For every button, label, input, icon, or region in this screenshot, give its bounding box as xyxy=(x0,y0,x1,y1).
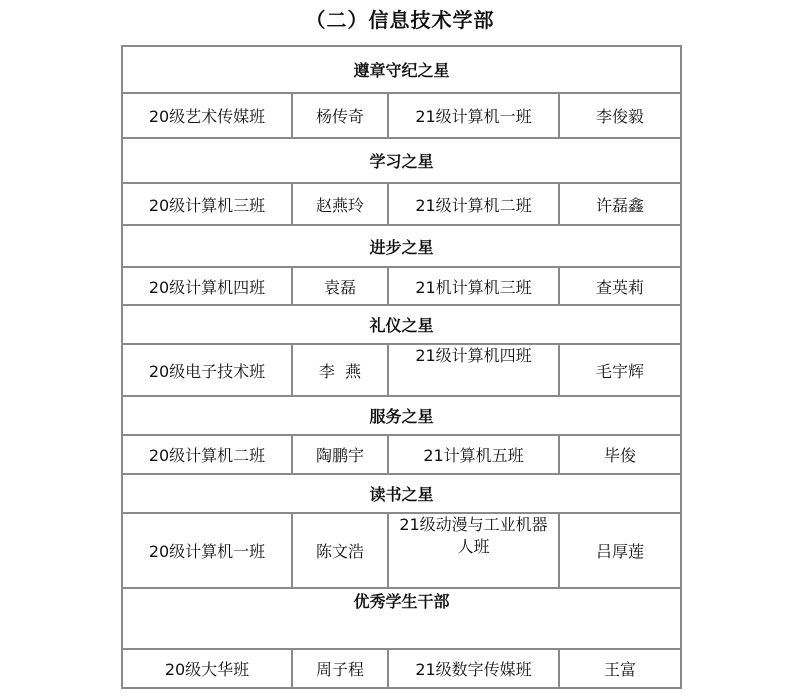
class-cell: 21机计算机三班 xyxy=(388,267,559,305)
class-cell: 21级计算机四班 xyxy=(388,344,559,396)
class-cell: 21级数字传媒班 xyxy=(388,649,559,688)
table-row: 20级计算机四班 袁磊 21机计算机三班 查英莉 xyxy=(122,267,681,305)
category-row: 服务之星 xyxy=(122,396,681,435)
student-name-cell: 赵燕玲 xyxy=(292,183,388,225)
student-name-cell: 李 燕 xyxy=(292,344,388,396)
category-label: 学习之星 xyxy=(122,138,681,183)
student-name-cell: 王富 xyxy=(559,649,681,688)
class-cell: 21级动漫与工业机器人班 xyxy=(388,513,559,588)
table-row: 20级计算机三班 赵燕玲 21级计算机二班 许磊鑫 xyxy=(122,183,681,225)
category-row: 读书之星 xyxy=(122,474,681,513)
student-name-cell: 查英莉 xyxy=(559,267,681,305)
category-row: 遵章守纪之星 xyxy=(122,46,681,93)
student-name-cell: 许磊鑫 xyxy=(559,183,681,225)
category-label: 服务之星 xyxy=(122,396,681,435)
student-name-cell: 周子程 xyxy=(292,649,388,688)
student-name-cell: 袁磊 xyxy=(292,267,388,305)
table-row: 20级电子技术班 李 燕 21级计算机四班 毛宇辉 xyxy=(122,344,681,396)
category-label: 礼仪之星 xyxy=(122,305,681,344)
table-row: 20级大华班 周子程 21级数字传媒班 王富 xyxy=(122,649,681,688)
category-row: 礼仪之星 xyxy=(122,305,681,344)
student-name-cell: 杨传奇 xyxy=(292,93,388,138)
page-title: （二）信息技术学部 xyxy=(0,6,800,34)
student-name-cell: 李俊毅 xyxy=(559,93,681,138)
category-label: 读书之星 xyxy=(122,474,681,513)
student-name-cell: 毕俊 xyxy=(559,435,681,474)
awards-table: 遵章守纪之星 20级艺术传媒班 杨传奇 21级计算机一班 李俊毅 学习之星 20… xyxy=(121,45,682,689)
student-name-cell: 毛宇辉 xyxy=(559,344,681,396)
category-row: 优秀学生干部 xyxy=(122,588,681,649)
class-cell: 20级电子技术班 xyxy=(122,344,292,396)
student-name-cell: 陈文浩 xyxy=(292,513,388,588)
class-cell: 21级计算机二班 xyxy=(388,183,559,225)
category-row: 进步之星 xyxy=(122,225,681,267)
category-row: 学习之星 xyxy=(122,138,681,183)
table-row: 20级计算机二班 陶鹏宇 21计算机五班 毕俊 xyxy=(122,435,681,474)
category-label: 遵章守纪之星 xyxy=(122,46,681,93)
student-name-cell: 陶鹏宇 xyxy=(292,435,388,474)
class-cell: 21计算机五班 xyxy=(388,435,559,474)
table-row: 20级艺术传媒班 杨传奇 21级计算机一班 李俊毅 xyxy=(122,93,681,138)
class-cell: 20级计算机一班 xyxy=(122,513,292,588)
category-label: 优秀学生干部 xyxy=(122,588,681,649)
category-label: 进步之星 xyxy=(122,225,681,267)
table-row: 20级计算机一班 陈文浩 21级动漫与工业机器人班 吕厚莲 xyxy=(122,513,681,588)
class-cell: 20级计算机三班 xyxy=(122,183,292,225)
class-cell: 20级计算机四班 xyxy=(122,267,292,305)
class-cell: 21级计算机一班 xyxy=(388,93,559,138)
class-cell: 20级艺术传媒班 xyxy=(122,93,292,138)
class-cell: 20级大华班 xyxy=(122,649,292,688)
student-name-cell: 吕厚莲 xyxy=(559,513,681,588)
class-cell: 20级计算机二班 xyxy=(122,435,292,474)
